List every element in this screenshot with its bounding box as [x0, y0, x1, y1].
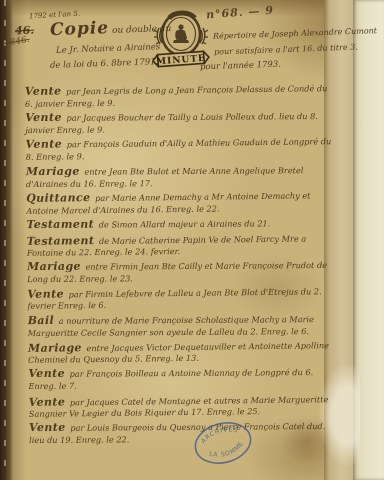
seal-banner-text: MINUTE	[156, 54, 206, 67]
entry-text: par Jean Legris de Long a Jean François …	[25, 83, 328, 108]
entry-row: Vente par François Gauduin d'Ailly a Mat…	[25, 135, 331, 163]
entry-text: par Louis Bourgeois du Quesnoy a Pierre …	[29, 421, 325, 445]
entry-row: Mariage entre Firmin Jean Bte Cailly et …	[27, 259, 333, 285]
entry-keyword: Mariage	[27, 260, 81, 273]
entry-keyword: Mariage	[26, 164, 80, 177]
entry-row: Testament de Simon Allard majeur a Airai…	[26, 216, 332, 231]
svg-text:LA SOMME: LA SOMME	[206, 439, 247, 462]
entry-row: Vente par François Boilleau a Antoine Mi…	[28, 366, 334, 392]
manuscript-photo: 1792 et l'an 5. 46. 1846. n°68. — 9 Copi…	[0, 0, 384, 480]
entry-row: Vente par Firmin Lefebvre de Lalleu a Je…	[27, 285, 333, 313]
entry-keyword: Vente	[25, 137, 62, 150]
entry-keyword: Testament	[26, 217, 94, 230]
entry-row: Vente par Louis Bourgeois du Quesnoy a P…	[29, 420, 335, 446]
entry-text: de Simon Allard majeur a Airaines du 21.	[96, 218, 270, 229]
entry-keyword: Vente	[28, 367, 65, 380]
entry-text: par François Gauduin d'Ailly a Mathieu G…	[26, 136, 332, 161]
entry-text: par Jacques Catel de Montagne et autres …	[29, 394, 329, 419]
entry-row: Vente par Jacques Catel de Montagne et a…	[29, 393, 335, 421]
archive-stamp-bottom-text: LA SOMME	[206, 439, 247, 462]
entry-row: Vente par Jean Legris de Long a Jean Fra…	[25, 82, 331, 110]
entry-keyword: Bail	[28, 314, 54, 327]
entry-keyword: Vente	[29, 395, 66, 408]
entry-text: a nourriture de Marie Françoise Scholast…	[28, 314, 314, 337]
entry-keyword: Vente	[25, 84, 62, 97]
entry-row: Testament de Marie Catherine Papin Ve de…	[27, 232, 333, 260]
entry-text: par François Boilleau a Antoine Miannay …	[28, 367, 313, 390]
entry-text: par Firmin Lefebvre de Lalleu a Jean Bte…	[27, 286, 321, 311]
minute-seal-icon: MINUTE	[147, 6, 215, 72]
entry-row: Bail a nourriture de Marie Françoise Sch…	[28, 313, 334, 339]
entry-row: Mariage entre Jacques Victor Dequetauvil…	[28, 339, 334, 367]
entry-keyword: Vente	[29, 421, 66, 434]
entry-keyword: Vente	[27, 287, 64, 300]
binding-edge	[0, 0, 13, 480]
entry-keyword: Testament	[27, 234, 95, 248]
entry-row: Quittance par Marie Anne Demachy a Mr An…	[26, 189, 332, 217]
copie-word: Copie	[50, 18, 110, 40]
entry-keyword: Mariage	[28, 341, 82, 355]
svg-text:ARCHIVES: ARCHIVES	[198, 423, 241, 446]
entry-row: Vente par Jacques Boucher de Tailly a Lo…	[25, 109, 331, 135]
archive-stamp-top-text: ARCHIVES	[198, 423, 241, 446]
entry-text: par Jacques Boucher de Tailly a Louis Po…	[25, 111, 318, 135]
entry-row: Mariage entre Jean Bte Bulot et Marie An…	[26, 163, 332, 189]
entry-keyword: Quittance	[26, 191, 90, 205]
entries-list: Vente par Jean Legris de Long a Jean Fra…	[25, 82, 335, 449]
entry-keyword: Vente	[25, 110, 62, 123]
